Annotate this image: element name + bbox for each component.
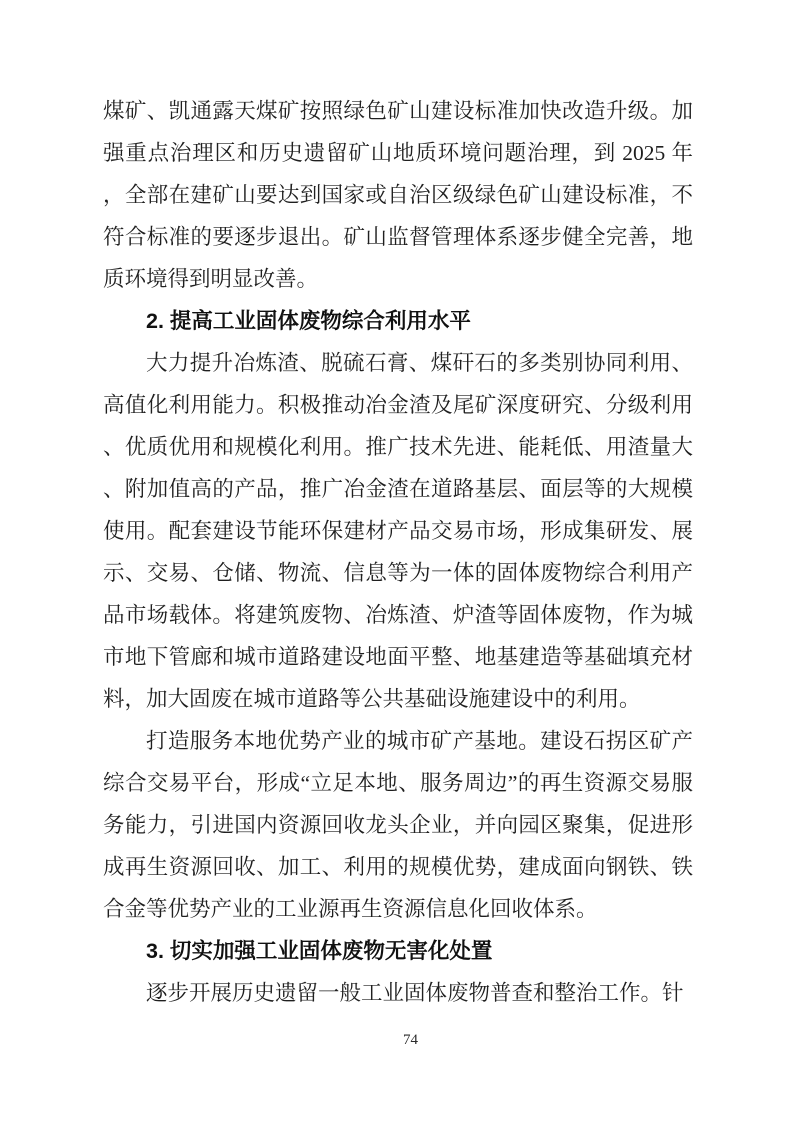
document-body: 煤矿、凯通露天煤矿按照绿色矿山建设标准加快改造升级。加强重点治理区和历史遗留矿山… <box>103 90 693 1014</box>
paragraph-urban-mineral-base: 打造服务本地优势产业的城市矿产基地。建设石拐区矿产综合交易平台，形成“立足本地、… <box>103 720 693 930</box>
section-heading-3: 3. 切实加强工业固体废物无害化处置 <box>103 930 693 972</box>
document-page: 煤矿、凯通露天煤矿按照绿色矿山建设标准加快改造升级。加强重点治理区和历史遗留矿山… <box>0 0 793 1122</box>
paragraph-continuation: 煤矿、凯通露天煤矿按照绿色矿山建设标准加快改造升级。加强重点治理区和历史遗留矿山… <box>103 90 693 300</box>
paragraph-harmless-disposal: 逐步开展历史遗留一般工业固体废物普查和整治工作。针 <box>103 972 693 1014</box>
page-number: 74 <box>14 1030 793 1050</box>
paragraph-comprehensive-utilization: 大力提升冶炼渣、脱硫石膏、煤矸石的多类别协同利用、高值化利用能力。积极推动冶金渣… <box>103 342 693 720</box>
section-heading-2: 2. 提高工业固体废物综合利用水平 <box>103 300 693 342</box>
